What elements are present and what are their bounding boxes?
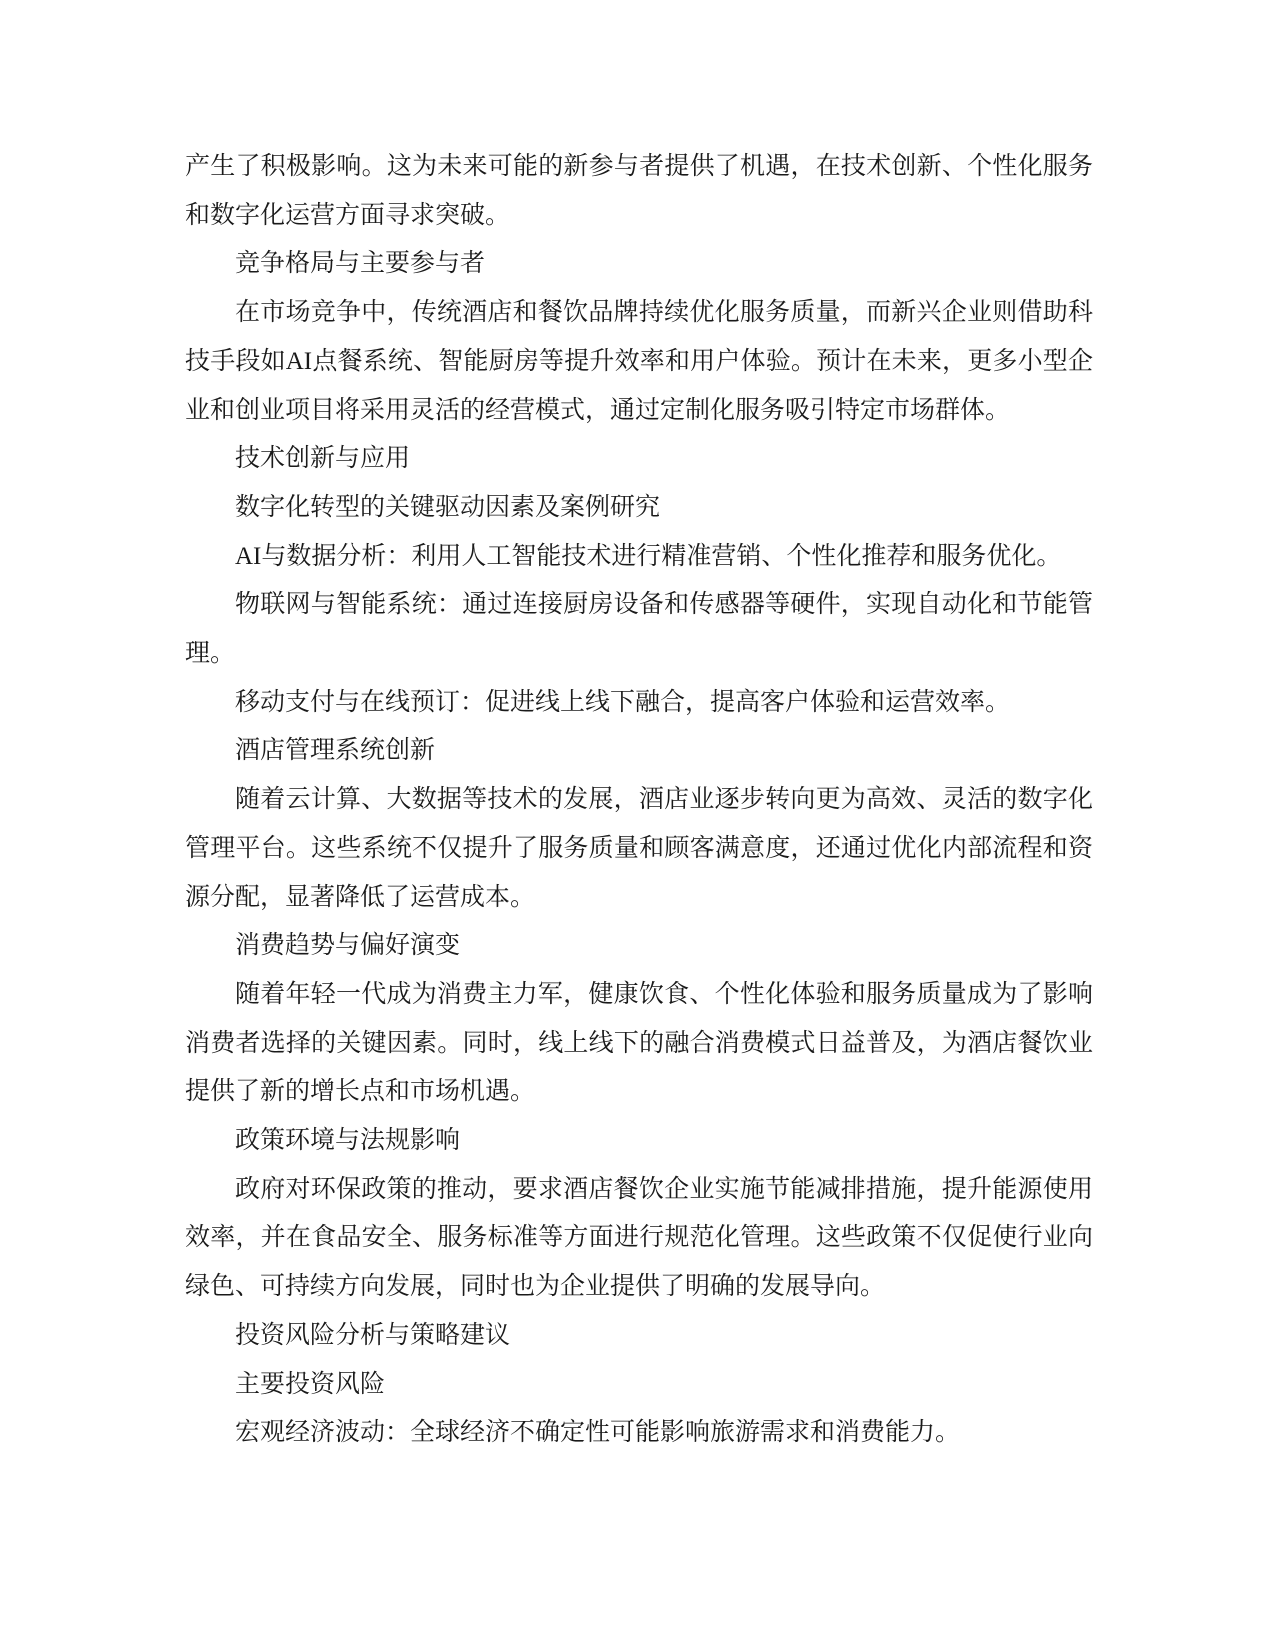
document-body: 产生了积极影响。这为未来可能的新参与者提供了机遇，在技术创新、个性化服务和数字化… xyxy=(185,143,1093,1458)
paragraph: 政策环境与法规影响 xyxy=(185,1117,1093,1166)
paragraph: 政府对环保政策的推动，要求酒店餐饮企业实施节能减排措施，提升能源使用效率，并在食… xyxy=(185,1166,1093,1312)
paragraph: 竞争格局与主要参与者 xyxy=(185,240,1093,289)
paragraph: 投资风险分析与策略建议 xyxy=(185,1312,1093,1361)
paragraph: 在市场竞争中，传统酒店和餐饮品牌持续优化服务质量，而新兴企业则借助科技手段如AI… xyxy=(185,289,1093,435)
paragraph: 宏观经济波动：全球经济不确定性可能影响旅游需求和消费能力。 xyxy=(185,1409,1093,1458)
paragraph: 随着云计算、大数据等技术的发展，酒店业逐步转向更为高效、灵活的数字化管理平台。这… xyxy=(185,776,1093,922)
paragraph: 移动支付与在线预订：促进线上线下融合，提高客户体验和运营效率。 xyxy=(185,679,1093,728)
paragraph: 技术创新与应用 xyxy=(185,435,1093,484)
paragraph: 物联网与智能系统：通过连接厨房设备和传感器等硬件，实现自动化和节能管理。 xyxy=(185,581,1093,678)
paragraph: 消费趋势与偏好演变 xyxy=(185,922,1093,971)
paragraph: 随着年轻一代成为消费主力军，健康饮食、个性化体验和服务质量成为了影响消费者选择的… xyxy=(185,971,1093,1117)
document-page: 产生了积极影响。这为未来可能的新参与者提供了机遇，在技术创新、个性化服务和数字化… xyxy=(0,0,1275,1650)
paragraph: 产生了积极影响。这为未来可能的新参与者提供了机遇，在技术创新、个性化服务和数字化… xyxy=(185,143,1093,240)
paragraph: AI与数据分析：利用人工智能技术进行精准营销、个性化推荐和服务优化。 xyxy=(185,533,1093,582)
paragraph: 数字化转型的关键驱动因素及案例研究 xyxy=(185,484,1093,533)
paragraph: 酒店管理系统创新 xyxy=(185,727,1093,776)
paragraph: 主要投资风险 xyxy=(185,1361,1093,1410)
